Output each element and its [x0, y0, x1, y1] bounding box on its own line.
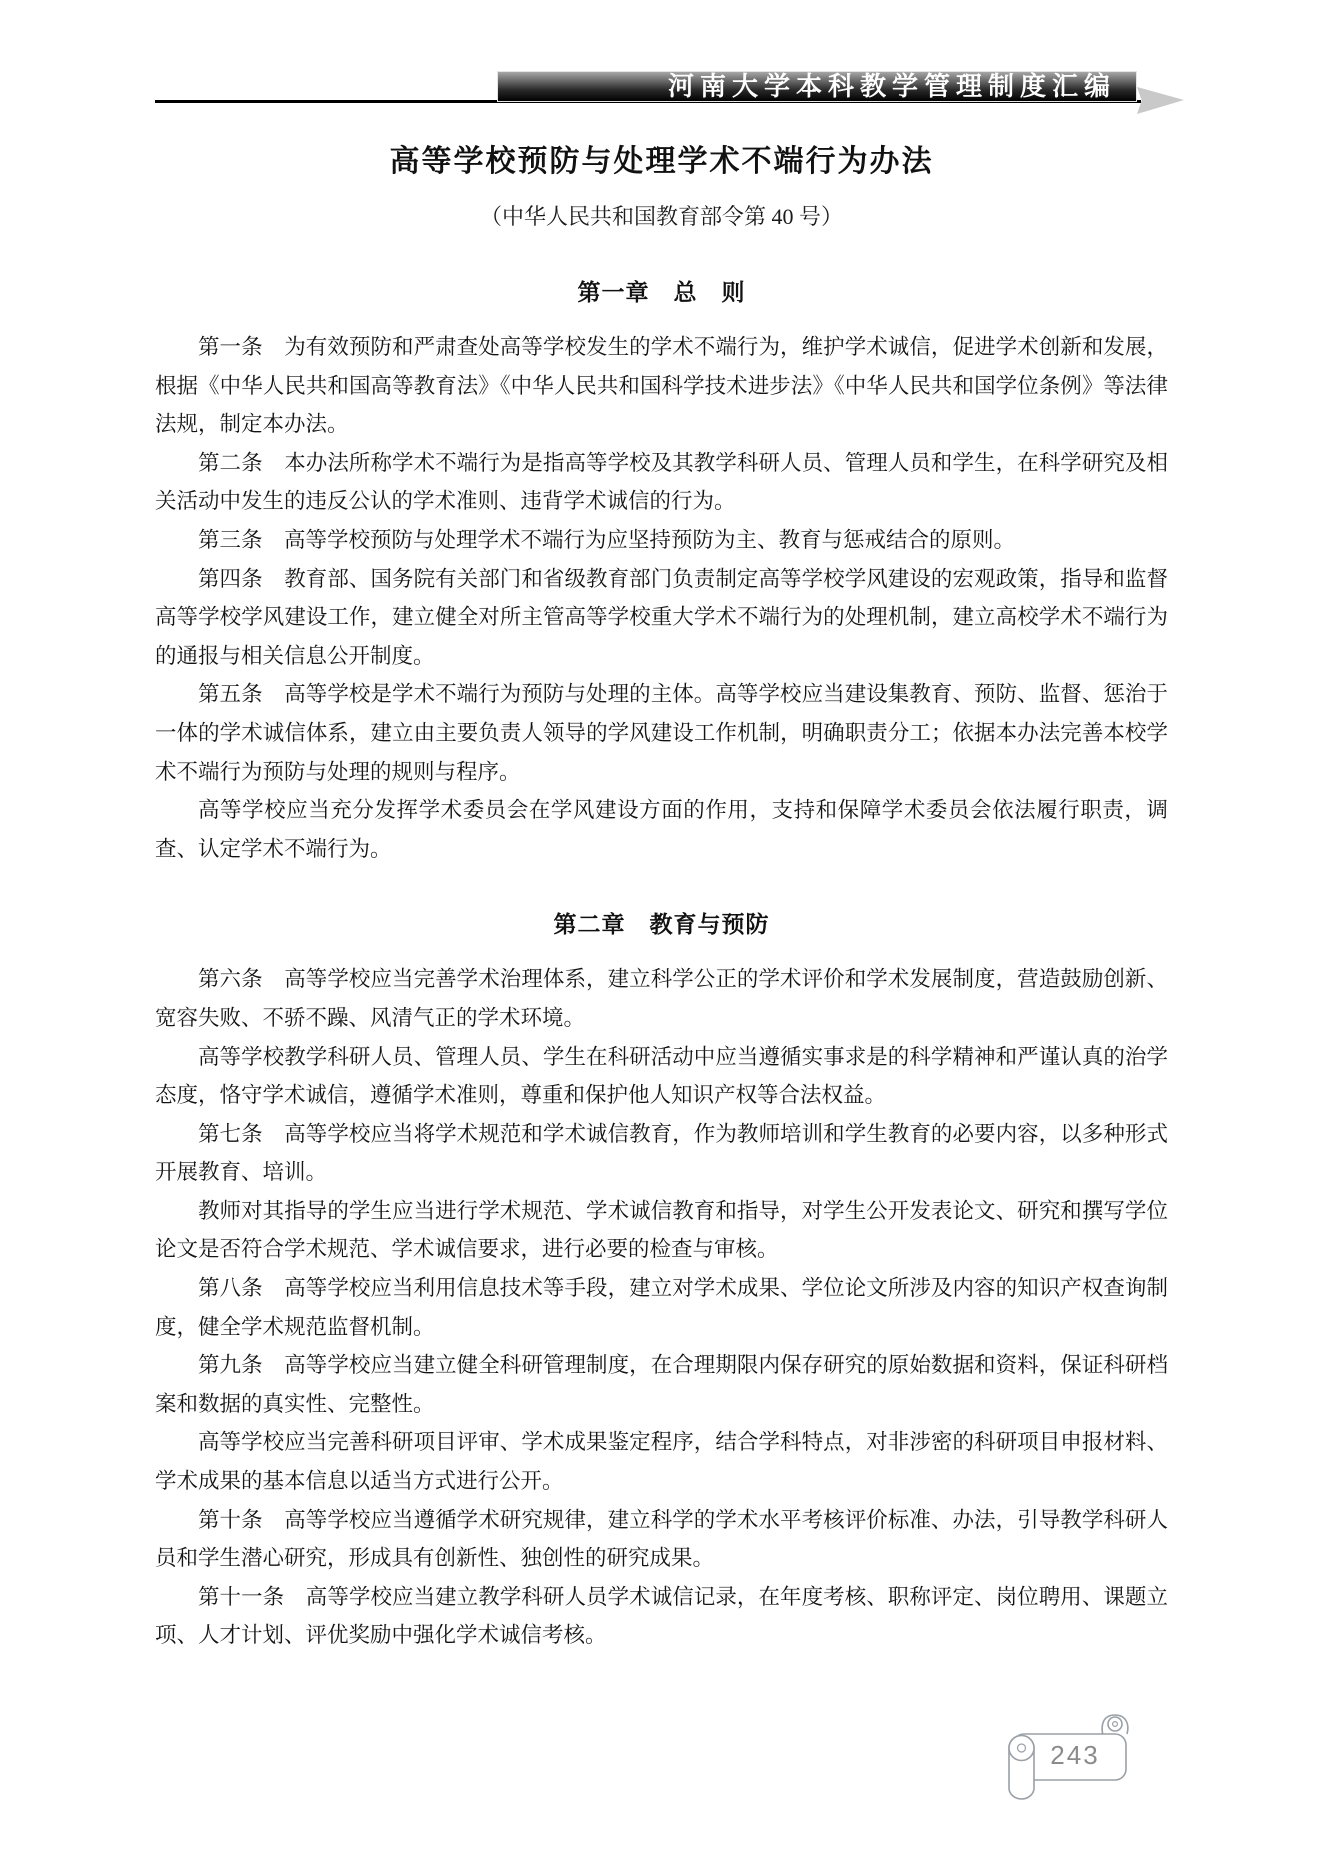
article-11-paragraph: 第十一条 高等学校应当建立教学科研人员学术诚信记录，在年度考核、职称评定、岗位聘… — [155, 1578, 1168, 1655]
header-banner: 河南大学本科教学管理制度汇编 — [497, 71, 1137, 102]
article-10-paragraph: 第十条 高等学校应当遵循学术研究规律，建立科学的学术水平考核评价标准、办法，引导… — [155, 1501, 1168, 1578]
document-page: 河南大学本科教学管理制度汇编 高等学校预防与处理学术不端行为办法 （中华人民共和… — [0, 0, 1323, 1871]
article-5-paragraph: 第五条 高等学校是学术不端行为预防与处理的主体。高等学校应当建设集教育、预防、监… — [155, 675, 1168, 791]
article-2-paragraph: 第二条 本办法所称学术不端行为是指高等学校及其教学科研人员、管理人员和学生，在科… — [155, 444, 1168, 521]
article-5-continuation-paragraph: 高等学校应当充分发挥学术委员会在学风建设方面的作用，支持和保障学术委员会依法履行… — [155, 791, 1168, 868]
banner-arrow-icon — [1137, 87, 1184, 114]
article-1-paragraph: 第一条 为有效预防和严肃查处高等学校发生的学术不端行为，维护学术诚信，促进学术创… — [155, 328, 1168, 444]
article-6-continuation-paragraph: 高等学校教学科研人员、管理人员、学生在科研活动中应当遵循实事求是的科学精神和严谨… — [155, 1038, 1168, 1115]
article-7-paragraph: 第七条 高等学校应当将学术规范和学术诚信教育，作为教师培训和学生教育的必要内容，… — [155, 1115, 1168, 1192]
page-number: 243 — [1039, 1740, 1111, 1771]
header-banner-text: 河南大学本科教学管理制度汇编 — [668, 72, 1116, 101]
article-6-paragraph: 第六条 高等学校应当完善学术治理体系，建立科学公正的学术评价和学术发展制度，营造… — [155, 960, 1168, 1037]
article-9-continuation-paragraph: 高等学校应当完善科研项目评审、学术成果鉴定程序，结合学科特点，对非涉密的科研项目… — [155, 1423, 1168, 1500]
article-9-paragraph: 第九条 高等学校应当建立健全科研管理制度，在合理期限内保存研究的原始数据和资料，… — [155, 1346, 1168, 1423]
article-3-paragraph: 第三条 高等学校预防与处理学术不端行为应坚持预防为主、教育与惩戒结合的原则。 — [155, 521, 1168, 560]
page-number-scroll-badge: 243 — [1003, 1710, 1135, 1810]
document-title: 高等学校预防与处理学术不端行为办法 — [155, 142, 1168, 182]
chapter-2-heading: 第二章 教育与预防 — [155, 908, 1168, 940]
article-7-continuation-paragraph: 教师对其指导的学生应当进行学术规范、学术诚信教育和指导，对学生公开发表论文、研究… — [155, 1192, 1168, 1269]
document-subtitle: （中华人民共和国教育部令第 40 号） — [155, 202, 1168, 232]
article-8-paragraph: 第八条 高等学校应当利用信息技术等手段，建立对学术成果、学位论文所涉及内容的知识… — [155, 1269, 1168, 1346]
article-4-paragraph: 第四条 教育部、国务院有关部门和省级教育部门负责制定高等学校学风建设的宏观政策，… — [155, 560, 1168, 676]
document-body: 高等学校预防与处理学术不端行为办法 （中华人民共和国教育部令第 40 号） 第一… — [155, 128, 1168, 1655]
chapter-1-heading: 第一章 总 则 — [155, 276, 1168, 308]
